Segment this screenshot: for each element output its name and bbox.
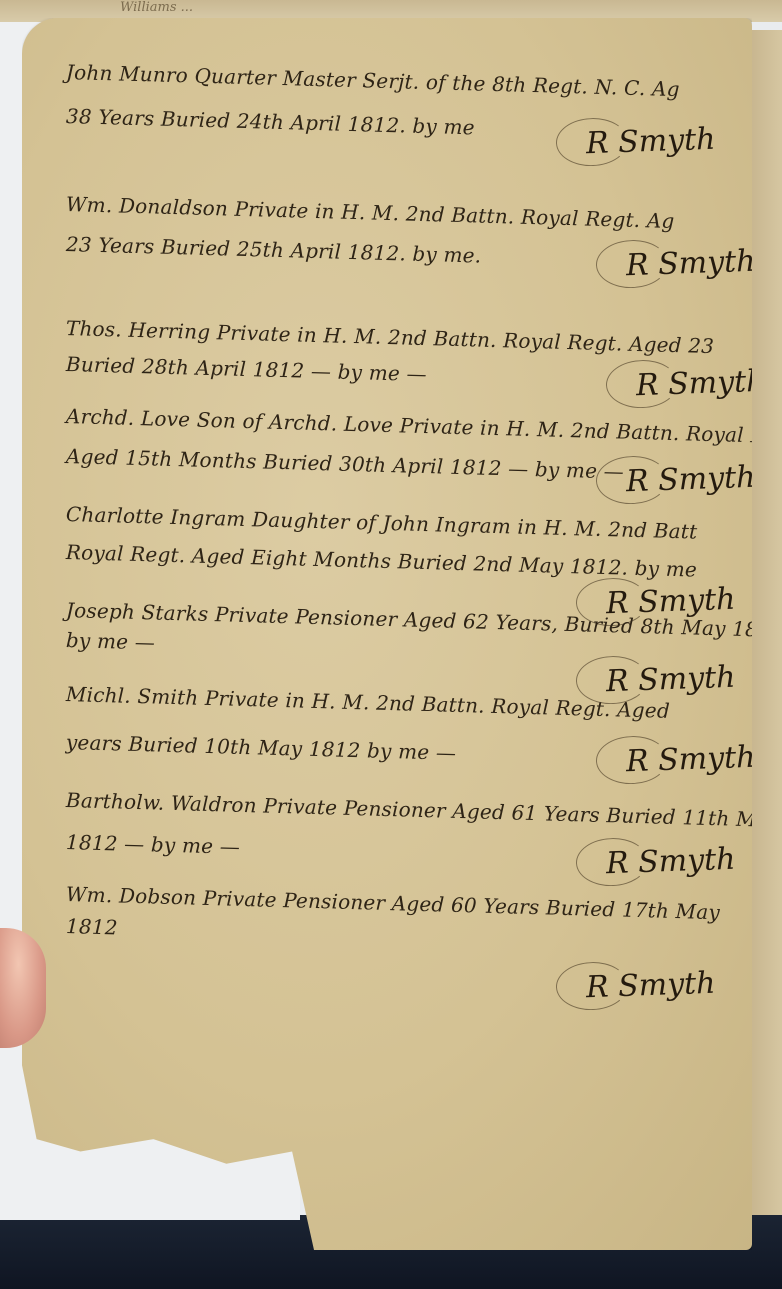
holding-thumb [0,928,46,1048]
entry-line-1: Archd. Love Son of Archd. Love Private i… [66,402,767,450]
signature: R Smyth [635,364,766,403]
signature: R Smyth [585,122,716,161]
burial-entry: John Munro Quarter Master Serjt. of the … [66,58,766,130]
burial-entry: Archd. Love Son of Archd. Love Private i… [66,402,766,470]
signature: R Smyth [605,842,736,881]
burial-entry: Michl. Smith Private in H. M. 2nd Battn.… [66,680,766,756]
signature: R Smyth [625,740,756,779]
entry-line-1: Bartholw. Waldron Private Pensioner Aged… [66,786,767,834]
burial-entry: Bartholw. Waldron Private Pensioner Aged… [66,786,766,856]
signature: R Smyth [625,460,756,499]
entry-line-1: Wm. Donaldson Private in H. M. 2nd Battn… [66,190,767,238]
burial-entry: Joseph Starks Private Pensioner Aged 62 … [66,596,766,654]
entry-line-1: John Munro Quarter Master Serjt. of the … [66,58,767,106]
register-page: John Munro Quarter Master Serjt. of the … [22,18,752,1250]
signature: R Smyth [585,966,716,1005]
burial-entry: Charlotte Ingram Daughter of John Ingram… [66,500,766,566]
adjacent-page-edge [748,30,782,1270]
entry-line-1: Michl. Smith Private in H. M. 2nd Battn.… [66,680,767,728]
previous-page-fragment: Williams ... [120,0,193,15]
burial-entry: Thos. Herring Private in H. M. 2nd Battn… [66,314,766,378]
burial-entries: John Munro Quarter Master Serjt. of the … [66,58,766,660]
signature: R Smyth [625,244,756,283]
burial-entry: Wm. Donaldson Private in H. M. 2nd Battn… [66,190,766,258]
entry-line-2: Royal Regt. Aged Eight Months Buried 2nd… [66,538,767,586]
burial-entry: Wm. Dobson Private Pensioner Aged 60 Yea… [66,880,766,940]
